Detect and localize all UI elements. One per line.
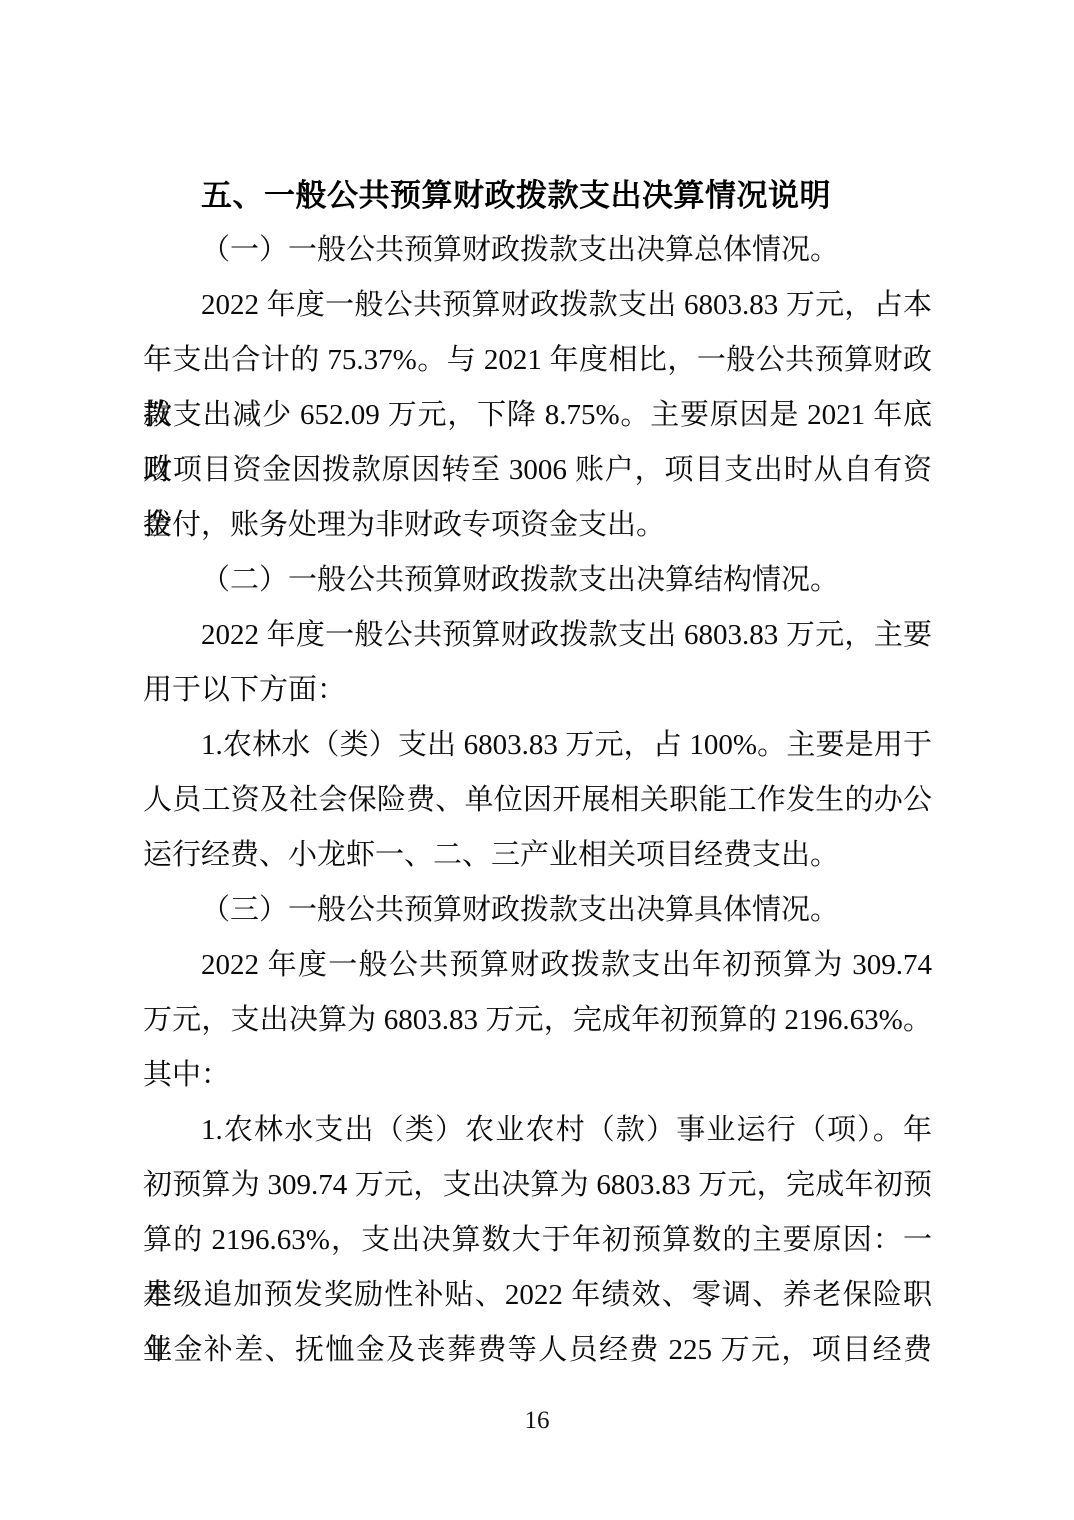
text-line: （一）一般公共预算财政拨款支出决算总体情况。 xyxy=(143,223,932,278)
page-number: 16 xyxy=(0,1402,1074,1440)
text-line: 算的 2196.63%，支出决算数大于年初预算数的主要原因：一是 xyxy=(143,1213,932,1268)
text-line: 政项目资金因拨款原因转至 3006 账户，项目支出时从自有资金 xyxy=(143,443,932,498)
text-line: 万元，支出决算为 6803.83 万元，完成年初预算的 2196.63%。 xyxy=(143,993,932,1048)
document-page: 五、一般公共预算财政拨款支出决算情况说明 （一）一般公共预算财政拨款支出决算总体… xyxy=(0,0,1074,1520)
text-line: 2022 年度一般公共预算财政拨款支出 6803.83 万元，主要 xyxy=(143,608,932,663)
text-line: 2022 年度一般公共预算财政拨款支出年初预算为 309.74 xyxy=(143,938,932,993)
text-line: 其中： xyxy=(143,1048,932,1103)
text-line: 人员工资及社会保险费、单位因开展相关职能工作发生的办公 xyxy=(143,773,932,828)
section-heading: 五、一般公共预算财政拨款支出决算情况说明 xyxy=(143,168,932,223)
text-line: 拨付，账务处理为非财政专项资金支出。 xyxy=(143,498,932,553)
body-lines: （一）一般公共预算财政拨款支出决算总体情况。2022 年度一般公共预算财政拨款支… xyxy=(143,223,932,1378)
text-line: （二）一般公共预算财政拨款支出决算结构情况。 xyxy=(143,553,932,608)
text-line: 年支出合计的 75.37%。与 2021 年度相比，一般公共预算财政拨 xyxy=(143,333,932,388)
text-line: 初预算为 309.74 万元，支出决算为 6803.83 万元，完成年初预 xyxy=(143,1158,932,1213)
text-line: 本级追加预发奖励性补贴、2022 年绩效、零调、养老保险职业 xyxy=(143,1268,932,1323)
text-line: （三）一般公共预算财政拨款支出决算具体情况。 xyxy=(143,883,932,938)
text-line: 2022 年度一般公共预算财政拨款支出 6803.83 万元，占本 xyxy=(143,278,932,333)
text-line: 用于以下方面： xyxy=(143,663,932,718)
text-line: 1.农林水（类）支出 6803.83 万元，占 100%。主要是用于 xyxy=(143,718,932,773)
text-line: 款支出减少 652.09 万元，下降 8.75%。主要原因是 2021 年底财 xyxy=(143,388,932,443)
text-line: 年金补差、抚恤金及丧葬费等人员经费 225 万元，项目经费 xyxy=(143,1323,932,1378)
text-line: 运行经费、小龙虾一、二、三产业相关项目经费支出。 xyxy=(143,828,932,883)
text-block: 五、一般公共预算财政拨款支出决算情况说明 （一）一般公共预算财政拨款支出决算总体… xyxy=(143,168,932,1378)
text-line: 1.农林水支出（类）农业农村（款）事业运行（项）。年 xyxy=(143,1103,932,1158)
